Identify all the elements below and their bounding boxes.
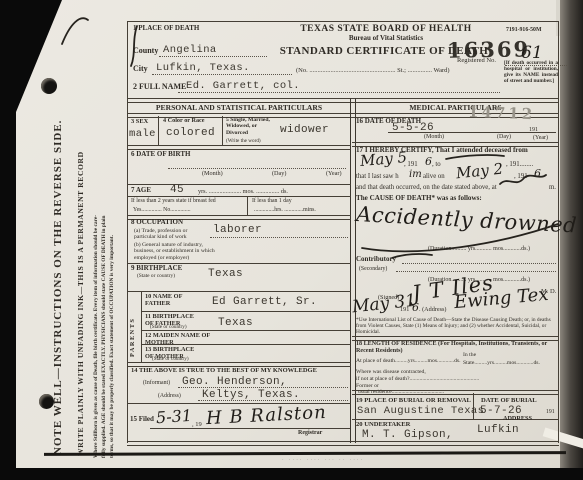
hw-6b: 6	[534, 167, 541, 180]
year-191c: , 191	[514, 173, 528, 181]
margin-small-print-2: fully supplied. AGE should be stated EXA…	[101, 40, 107, 458]
county-value: Angelina	[163, 44, 217, 56]
hw-6a: 6	[425, 155, 432, 168]
dod-month-label: (Month)	[424, 134, 444, 141]
fullname-value: Ed. Garrett, col.	[186, 80, 300, 92]
rule-sex-race-divider	[158, 116, 159, 146]
rule-row9-bottom	[127, 291, 351, 292]
occupation-a-line	[210, 237, 348, 238]
certificate-title: STANDARD CERTIFICATE OF DEATH	[268, 45, 500, 57]
margin-small-print-1: Where Stillborn is given as cause of Dea…	[93, 40, 99, 458]
occurred-m-label: m.	[549, 184, 556, 192]
marital-sub-label: (Write the word)	[226, 139, 261, 145]
mother-maiden-label: 12 MAIDEN NAME OF MOTHER	[145, 332, 211, 346]
occurred-line: and that death occurred, on the date sta…	[356, 184, 497, 192]
duration-1-label: (Duration.......... yrs........... mos..…	[428, 246, 530, 253]
rule-left-border	[127, 21, 128, 443]
race-label: 4 Color or Race	[163, 118, 205, 125]
sex-label: 3 SEX	[131, 118, 148, 125]
dob-line	[168, 168, 346, 169]
signed-year-prefix: 191	[400, 307, 409, 314]
race-value: colored	[166, 127, 215, 139]
rule-race-marital-divider	[222, 116, 223, 146]
residence-at-place: At place of death.........yrs.........mo…	[356, 358, 461, 364]
rule-form-bottom	[127, 441, 559, 446]
rule-top-border	[127, 21, 559, 22]
margin-write-plainly: WRITE PLAINLY WITH UNFADING INK—THIS IS …	[77, 58, 86, 456]
year-191a: , 191	[404, 161, 418, 169]
dod-year-label: (Year)	[533, 135, 548, 142]
residence-if-not: if not at place of death?...............…	[356, 376, 479, 382]
last-saw-him: im	[409, 169, 422, 180]
marital-label: 5 Single, Married, Widowed, or Divorced	[226, 117, 276, 136]
rule-row7-mid	[127, 196, 351, 197]
sex-value: male	[129, 128, 156, 140]
street-ward-blank: (No. ...................................…	[296, 67, 450, 74]
burial-place-value: San Augustine Texas	[357, 405, 484, 417]
form-code: 7191-916-50M	[506, 27, 541, 33]
age-units-label: yrs. ..................... mos. ........…	[198, 189, 288, 196]
city-value: Lufkin, Texas.	[156, 62, 250, 74]
marital-value: widower	[280, 124, 329, 136]
occupation-b-label: (b) General nature of industry, business…	[134, 242, 222, 261]
scan-edge-right	[560, 0, 583, 480]
rule-row6-bottom	[127, 184, 351, 185]
fullname-label: 2 FULL NAME	[133, 83, 186, 92]
undertaker-label: 20 UNDERTAKER	[356, 421, 410, 428]
mother-birthplace-sub: (State or country)	[152, 357, 189, 363]
residence-in-the: In the	[463, 352, 476, 358]
burial-date-year: 191	[546, 409, 555, 415]
filed-label: 15 Filed	[130, 416, 154, 424]
dod-year-prefix: 191	[529, 127, 538, 134]
city-label: City	[133, 65, 148, 74]
informant-label: (Informant)	[143, 380, 170, 386]
dob-month-label: (Month)	[202, 171, 223, 178]
last-saw-pre: that I last saw h	[356, 173, 399, 181]
parents-vertical-label: PARENTS	[129, 299, 136, 357]
occupation-a-label: (a) Trade, profession or particular kind…	[134, 228, 210, 241]
dob-year-label: (Year)	[326, 171, 342, 178]
attest-label: 14 THE ABOVE IS TRUE TO THE BEST OF MY K…	[131, 367, 317, 374]
age-value: 45	[170, 184, 184, 196]
last-saw-post: alive on	[423, 173, 445, 181]
hospital-note: [If death occurred in a hospital or inst…	[504, 61, 558, 85]
rule-row10-bottom	[141, 311, 351, 312]
residence-label: 18 LENGTH OF RESIDENCE (For Hospitals, I…	[356, 341, 560, 355]
personal-section-title: PERSONAL AND STATISTICAL PARTICULARS	[127, 104, 351, 113]
age-label: 7 AGE	[131, 187, 151, 195]
registrar-signature-line	[150, 428, 350, 429]
informant-address-label: (Address)	[158, 393, 181, 399]
county-label: County	[133, 47, 158, 56]
faint-file-stamp: 14712	[468, 103, 536, 123]
dob-day-label: (Day)	[272, 171, 286, 178]
birthplace-label: 9 BIRTHPLACE	[131, 265, 182, 273]
rule-parents-divider	[141, 291, 142, 363]
fullname-line	[178, 92, 500, 93]
undertaker-address-value: Lufkin	[477, 424, 519, 436]
year-191b: , 191........	[506, 161, 533, 169]
father-birthplace-sub: (State or country)	[150, 325, 187, 331]
scan-edge-bottom	[0, 468, 583, 480]
signed-address-label: . (Address)	[419, 307, 447, 314]
cause-label: The CAUSE OF DEATH* was as follows:	[356, 195, 482, 203]
age-breastfed-label: If less than 2 years state if breast fed	[131, 198, 216, 204]
dob-label: 6 DATE OF BIRTH	[131, 151, 190, 159]
secondary-label: (Secondary)	[359, 266, 387, 272]
informant-line	[178, 387, 348, 388]
city-line	[152, 74, 292, 75]
scanned-death-certificate: NOTE WELL—INSTRUCTIONS ON THE REVERSE SI…	[0, 0, 583, 480]
rule-age-sub-divider	[247, 197, 248, 216]
birthplace-sub-label: (State or country)	[137, 273, 175, 279]
residence-in-state: State.........yrs.........mos...........…	[463, 360, 540, 366]
registrar-label: Registrar	[298, 430, 322, 437]
contributory-label: Contributory	[356, 256, 396, 264]
footnote: *Use International List of Cause of Deat…	[356, 317, 558, 335]
father-name-value: Ed Garrett, Sr.	[212, 296, 317, 308]
hw-6c: 6	[412, 301, 419, 314]
filed-date-value: 5-31	[155, 406, 192, 427]
residence-usual: usual residence.........................…	[358, 389, 444, 395]
undertaker-address-label: ADDRESS	[503, 416, 532, 423]
birthplace-value: Texas	[208, 268, 243, 280]
county-line	[159, 56, 267, 57]
registered-no-label: Registered No.	[457, 57, 496, 64]
age-hrs-mins-label: ..............hrs. .............mins.	[254, 207, 316, 213]
age-less-day-label: If less than 1 day	[252, 198, 292, 204]
dod-day-label: (Day)	[497, 134, 511, 141]
undertaker-value: M. T. Gipson,	[362, 429, 453, 441]
burial-place-label: 19 PLACE OF BURIAL OR REMOVAL	[356, 397, 471, 404]
father-name-label: 10 NAME OF FATHER	[145, 293, 197, 307]
plate-marks: · ···· ···· ··· ·· ····	[282, 458, 364, 464]
to-label: , to	[432, 161, 441, 169]
burial-date-label: DATE OF BURIAL	[481, 397, 537, 404]
contributory-line	[402, 263, 556, 264]
margin-small-print-3: terms, so that it may be properly classi…	[109, 40, 115, 458]
age-yes-no-label: Yes.............. No..............	[133, 207, 191, 213]
place-of-death-label: 1 PLACE OF DEATH	[133, 25, 199, 33]
margin-note-well: NOTE WELL—INSTRUCTIONS ON THE REVERSE SI…	[52, 50, 64, 455]
residence-where-contracted: Where was disease contracted,	[356, 369, 426, 375]
occupation-a-value: laborer	[213, 224, 262, 236]
father-birthplace-value: Texas	[218, 317, 253, 329]
occupation-label: 8 OCCUPATION	[131, 219, 183, 227]
